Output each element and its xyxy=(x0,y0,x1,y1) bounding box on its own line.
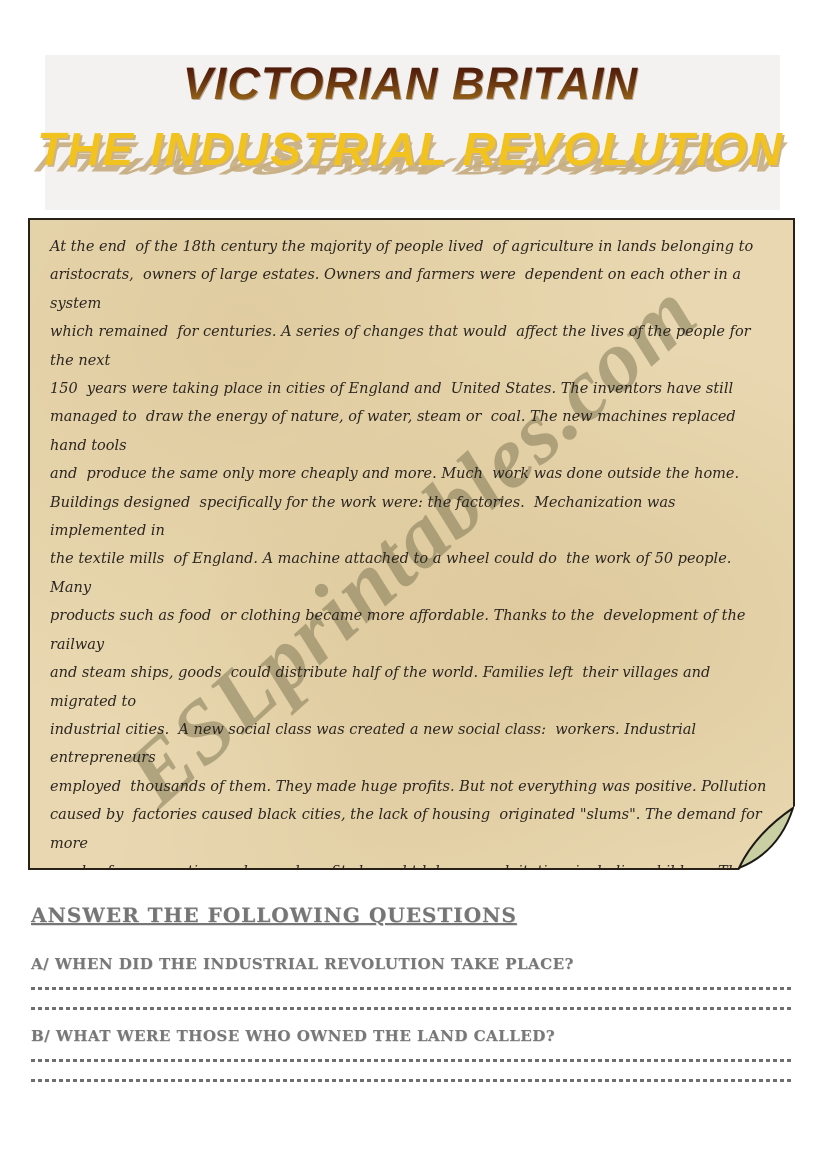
answer-line xyxy=(31,1007,793,1010)
question-a-block: A/ WHEN DID THE INDUSTRIAL REVOLUTION TA… xyxy=(31,955,793,1010)
answer-line xyxy=(31,987,793,990)
question-a-label: A/ WHEN DID THE INDUSTRIAL REVOLUTION TA… xyxy=(31,955,793,973)
page-subtitle-group: VICTORIAN BRITAIN THE INDUSTRIAL REVOLUT… xyxy=(40,116,781,194)
page-subtitle: THE INDUSTRIAL REVOLUTION xyxy=(37,122,784,176)
question-b-label: B/ WHAT WERE THOSE WHO OWNED THE LAND CA… xyxy=(31,1027,793,1045)
parchment-texture: ESLprintables.com At the end of the 18th… xyxy=(30,220,793,868)
reading-passage-text: At the end of the 18th century the major… xyxy=(30,220,793,868)
page-title: VICTORIAN BRITAIN xyxy=(0,58,821,110)
worksheet-page: VICTORIAN BRITAIN VICTORIAN BRITAIN THE … xyxy=(0,0,821,1161)
answer-line xyxy=(31,1079,793,1082)
reading-passage-panel: ESLprintables.com At the end of the 18th… xyxy=(28,218,795,870)
questions-section: ANSWER THE FOLLOWING QUESTIONS A/ WHEN D… xyxy=(31,903,793,1099)
page-corner-fold xyxy=(703,778,795,870)
question-b-block: B/ WHAT WERE THOSE WHO OWNED THE LAND CA… xyxy=(31,1027,793,1082)
answer-line xyxy=(31,1059,793,1062)
questions-heading: ANSWER THE FOLLOWING QUESTIONS xyxy=(31,903,793,927)
